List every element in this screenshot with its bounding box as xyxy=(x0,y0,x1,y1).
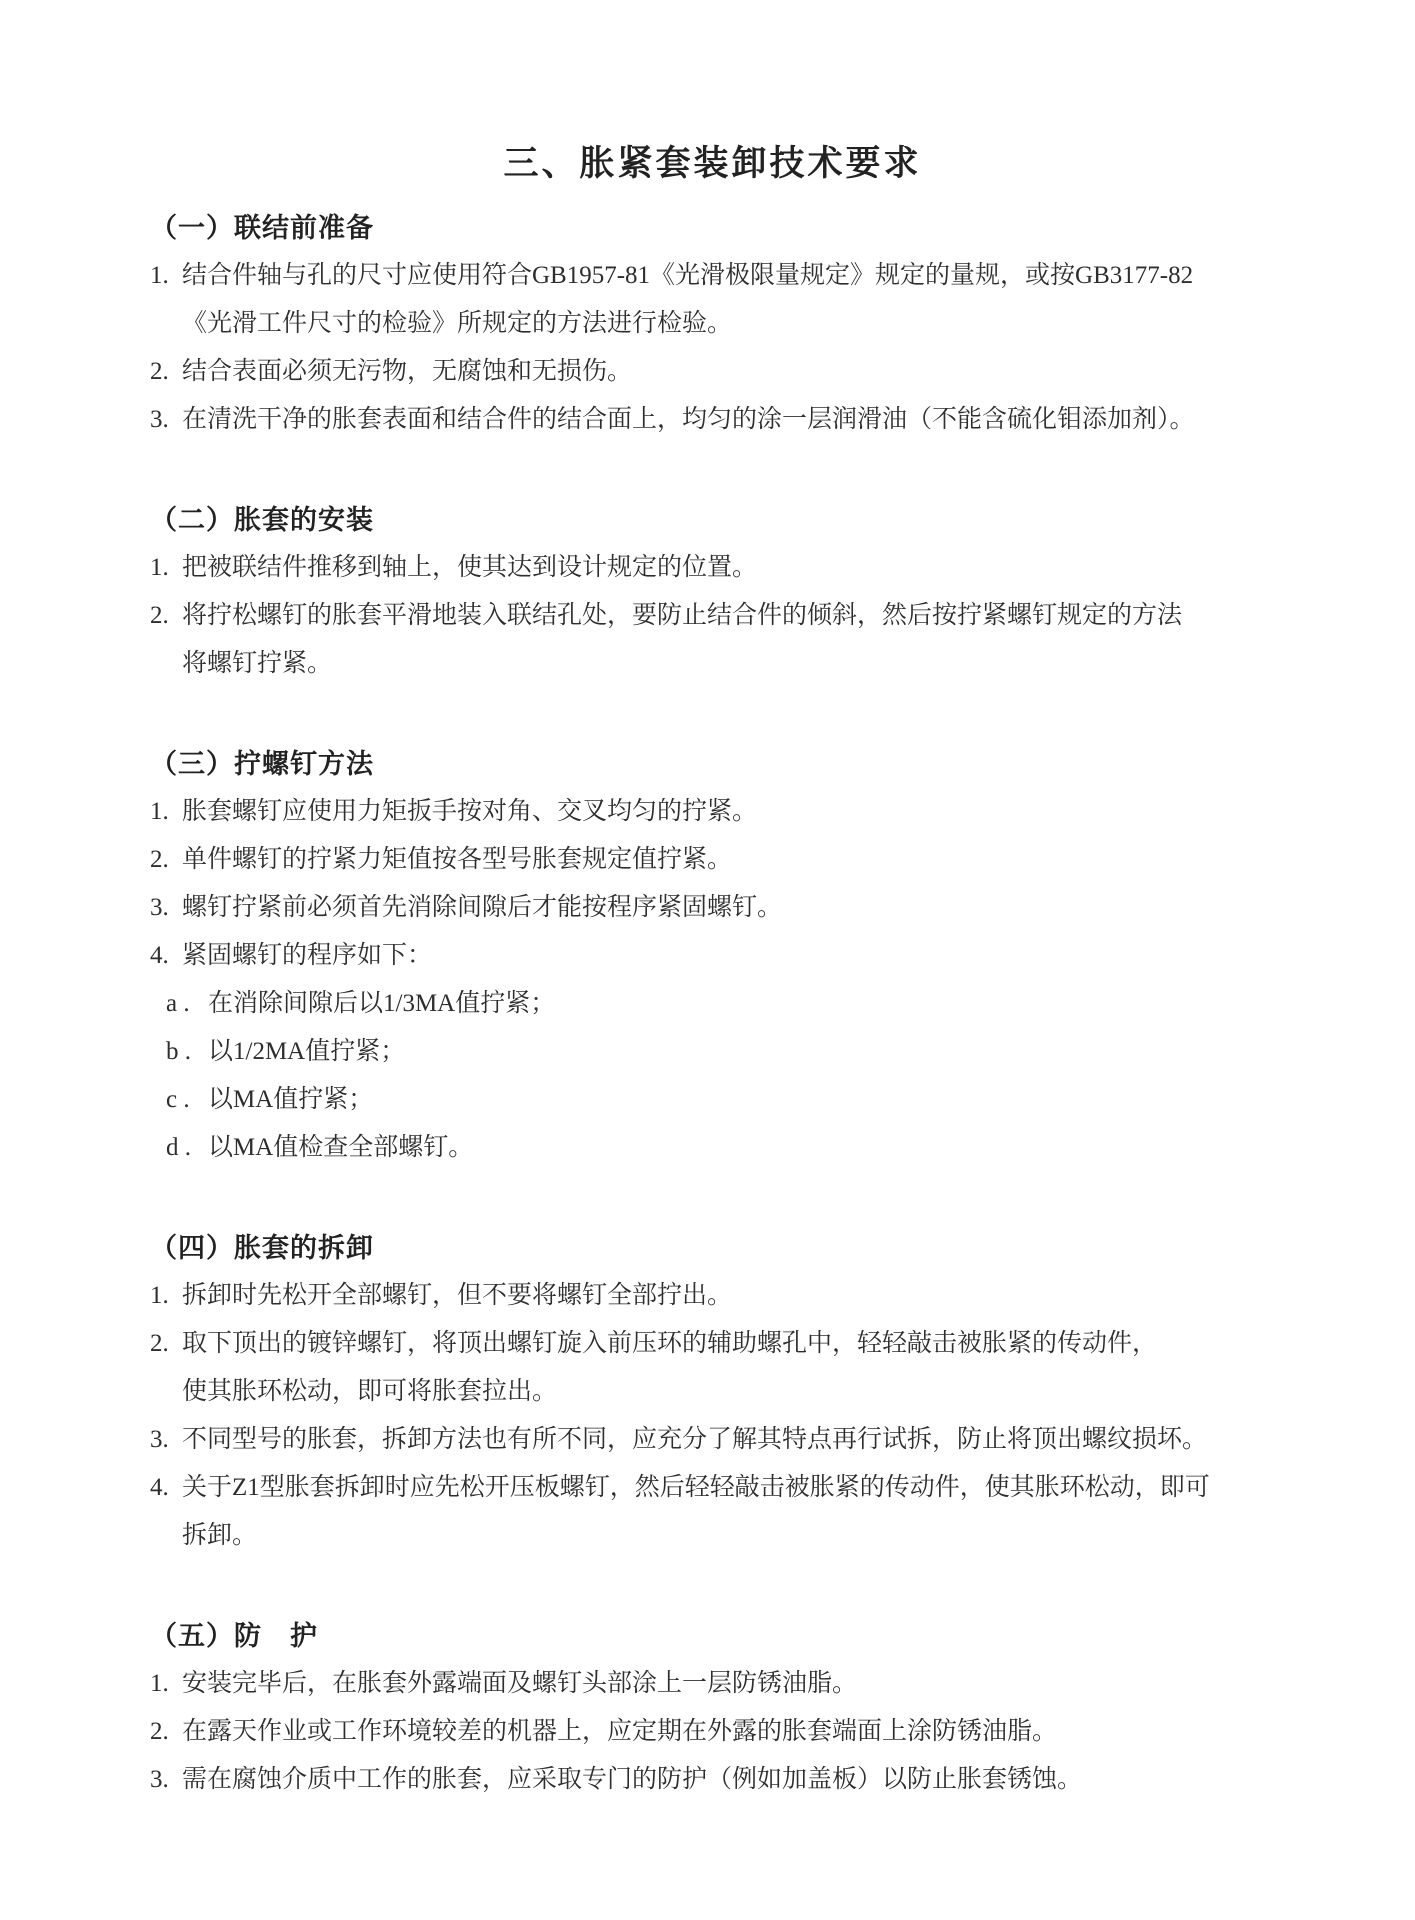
item-number: 3. xyxy=(150,884,182,932)
section-heading: （二）胀套的安装 xyxy=(150,496,1275,544)
item-number: 2. xyxy=(150,836,182,884)
item-text: 拆卸时先松开全部螺钉，但不要将螺钉全部拧出。 xyxy=(182,1272,1275,1320)
item-number: 3. xyxy=(150,396,182,444)
item-text: 需在腐蚀介质中工作的胀套，应采取专门的防护（例如加盖板）以防止胀套锈蚀。 xyxy=(182,1756,1275,1804)
item-text: 关于Z1型胀套拆卸时应先松开压板螺钉，然后轻轻敲击被胀紧的传动件，使其胀环松动，… xyxy=(182,1464,1275,1560)
item-number: 1. xyxy=(150,544,182,592)
item-letter: c . xyxy=(166,1076,208,1124)
item-text: 不同型号的胀套，拆卸方法也有所不同，应充分了解其特点再行试拆，防止将顶出螺纹损坏… xyxy=(182,1416,1275,1464)
list-item: 1. 安装完毕后，在胀套外露端面及螺钉头部涂上一层防锈油脂。 xyxy=(150,1660,1275,1708)
list-item: 1. 拆卸时先松开全部螺钉，但不要将螺钉全部拧出。 xyxy=(150,1272,1275,1320)
list-item: 3. 螺钉拧紧前必须首先消除间隙后才能按程序紧固螺钉。 xyxy=(150,884,1275,932)
item-text: 以1/2MA值拧紧； xyxy=(208,1028,1275,1076)
item-text: 胀套螺钉应使用力矩扳手按对角、交叉均匀的拧紧。 xyxy=(182,788,1275,836)
section-heading: （五）防 护 xyxy=(150,1612,1275,1660)
list-item: 2. 结合表面必须无污物，无腐蚀和无损伤。 xyxy=(150,348,1275,396)
list-item: 2. 将拧松螺钉的胀套平滑地装入联结孔处，要防止结合件的倾斜，然后按拧紧螺钉规定… xyxy=(150,592,1275,688)
section-heading: （一）联结前准备 xyxy=(150,204,1275,252)
sub-list-item: d . 以MA值检查全部螺钉。 xyxy=(166,1124,1275,1172)
item-number: 1. xyxy=(150,1272,182,1320)
list-item: 1. 结合件轴与孔的尺寸应使用符合GB1957-81《光滑极限量规定》规定的量规… xyxy=(150,252,1275,348)
item-number: 4. xyxy=(150,932,182,980)
list-item: 3. 需在腐蚀介质中工作的胀套，应采取专门的防护（例如加盖板）以防止胀套锈蚀。 xyxy=(150,1756,1275,1804)
list-item: 2. 取下顶出的镀锌螺钉，将顶出螺钉旋入前压环的辅助螺孔中，轻轻敲击被胀紧的传动… xyxy=(150,1320,1275,1416)
item-text: 在露天作业或工作环境较差的机器上，应定期在外露的胀套端面上涂防锈油脂。 xyxy=(182,1708,1275,1756)
sub-list-item: c . 以MA值拧紧； xyxy=(166,1076,1275,1124)
list-item: 4. 关于Z1型胀套拆卸时应先松开压板螺钉，然后轻轻敲击被胀紧的传动件，使其胀环… xyxy=(150,1464,1275,1560)
item-number: 1. xyxy=(150,252,182,300)
item-text: 单件螺钉的拧紧力矩值按各型号胀套规定值拧紧。 xyxy=(182,836,1275,884)
list-item: 2. 单件螺钉的拧紧力矩值按各型号胀套规定值拧紧。 xyxy=(150,836,1275,884)
item-text: 紧固螺钉的程序如下： xyxy=(182,932,1275,980)
sub-list-item: b . 以1/2MA值拧紧； xyxy=(166,1028,1275,1076)
section-screw-tightening: （三）拧螺钉方法 1. 胀套螺钉应使用力矩扳手按对角、交叉均匀的拧紧。 2. 单… xyxy=(150,740,1275,1172)
item-text: 以MA值拧紧； xyxy=(208,1076,1275,1124)
item-text: 螺钉拧紧前必须首先消除间隙后才能按程序紧固螺钉。 xyxy=(182,884,1275,932)
item-letter: a . xyxy=(166,980,208,1028)
item-number: 2. xyxy=(150,1708,182,1756)
document-page: 三、胀紧套装卸技术要求 （一）联结前准备 1. 结合件轴与孔的尺寸应使用符合GB… xyxy=(0,0,1415,1920)
item-letter: b . xyxy=(166,1028,208,1076)
section-preparation: （一）联结前准备 1. 结合件轴与孔的尺寸应使用符合GB1957-81《光滑极限… xyxy=(150,204,1275,444)
item-number: 4. xyxy=(150,1464,182,1512)
item-text: 结合表面必须无污物，无腐蚀和无损伤。 xyxy=(182,348,1275,396)
list-item: 4. 紧固螺钉的程序如下： xyxy=(150,932,1275,980)
item-number: 1. xyxy=(150,1660,182,1708)
section-installation: （二）胀套的安装 1. 把被联结件推移到轴上，使其达到设计规定的位置。 2. 将… xyxy=(150,496,1275,688)
item-text: 将拧松螺钉的胀套平滑地装入联结孔处，要防止结合件的倾斜，然后按拧紧螺钉规定的方法… xyxy=(182,592,1275,688)
list-item: 1. 胀套螺钉应使用力矩扳手按对角、交叉均匀的拧紧。 xyxy=(150,788,1275,836)
page-title: 三、胀紧套装卸技术要求 xyxy=(150,138,1275,190)
section-removal: （四）胀套的拆卸 1. 拆卸时先松开全部螺钉，但不要将螺钉全部拧出。 2. 取下… xyxy=(150,1224,1275,1560)
item-text: 以MA值检查全部螺钉。 xyxy=(208,1124,1275,1172)
item-number: 3. xyxy=(150,1756,182,1804)
item-letter: d . xyxy=(166,1124,208,1172)
item-number: 2. xyxy=(150,1320,182,1368)
section-heading: （四）胀套的拆卸 xyxy=(150,1224,1275,1272)
item-number: 2. xyxy=(150,592,182,640)
item-text: 在清洗干净的胀套表面和结合件的结合面上，均匀的涂一层润滑油（不能含硫化钼添加剂）… xyxy=(182,396,1275,444)
list-item: 2. 在露天作业或工作环境较差的机器上，应定期在外露的胀套端面上涂防锈油脂。 xyxy=(150,1708,1275,1756)
section-heading: （三）拧螺钉方法 xyxy=(150,740,1275,788)
list-item: 3. 在清洗干净的胀套表面和结合件的结合面上，均匀的涂一层润滑油（不能含硫化钼添… xyxy=(150,396,1275,444)
item-text: 结合件轴与孔的尺寸应使用符合GB1957-81《光滑极限量规定》规定的量规，或按… xyxy=(182,252,1275,348)
item-text: 在消除间隙后以1/3MA值拧紧； xyxy=(208,980,1275,1028)
item-number: 2. xyxy=(150,348,182,396)
item-text: 把被联结件推移到轴上，使其达到设计规定的位置。 xyxy=(182,544,1275,592)
item-number: 1. xyxy=(150,788,182,836)
item-text: 安装完毕后，在胀套外露端面及螺钉头部涂上一层防锈油脂。 xyxy=(182,1660,1275,1708)
list-item: 3. 不同型号的胀套，拆卸方法也有所不同，应充分了解其特点再行试拆，防止将顶出螺… xyxy=(150,1416,1275,1464)
list-item: 1. 把被联结件推移到轴上，使其达到设计规定的位置。 xyxy=(150,544,1275,592)
item-number: 3. xyxy=(150,1416,182,1464)
sub-list-item: a . 在消除间隙后以1/3MA值拧紧； xyxy=(166,980,1275,1028)
section-protection: （五）防 护 1. 安装完毕后，在胀套外露端面及螺钉头部涂上一层防锈油脂。 2.… xyxy=(150,1612,1275,1804)
item-text: 取下顶出的镀锌螺钉，将顶出螺钉旋入前压环的辅助螺孔中，轻轻敲击被胀紧的传动件， … xyxy=(182,1320,1275,1416)
